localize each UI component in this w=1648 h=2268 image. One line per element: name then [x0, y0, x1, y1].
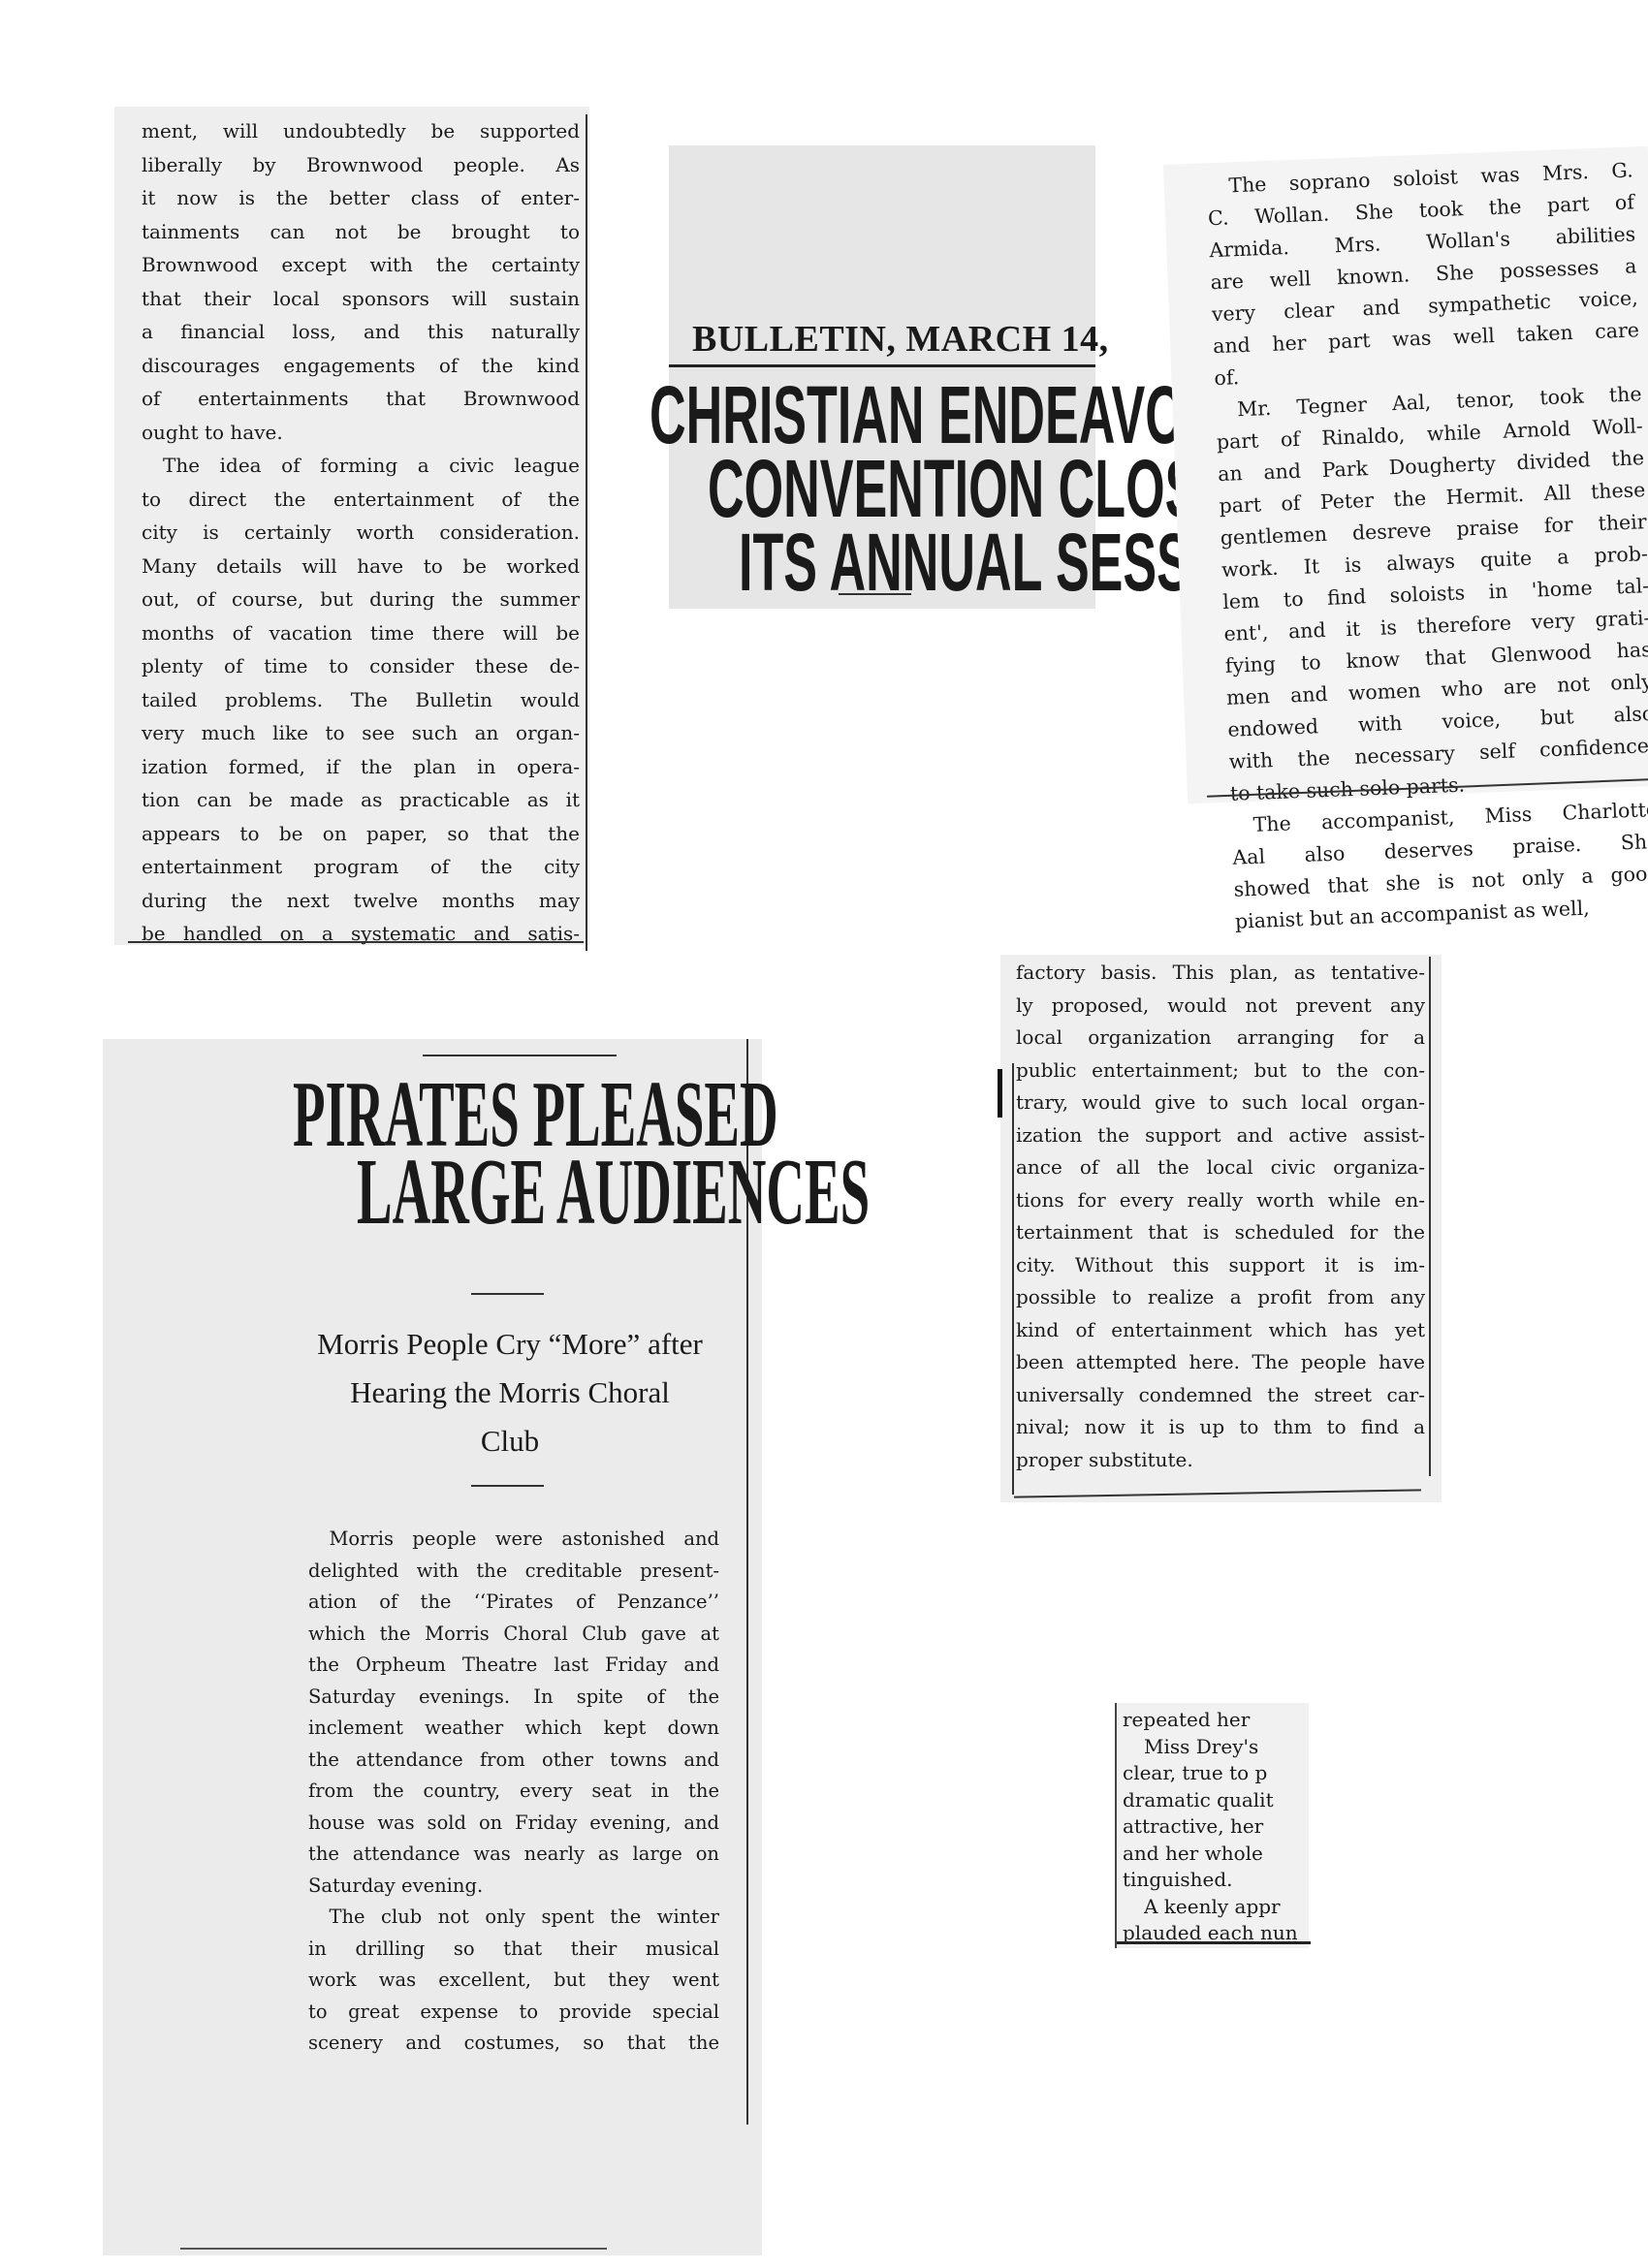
text-line: ance of all the local civic organiza- [1016, 1151, 1425, 1184]
text-line: plenty of time to consider these de- [142, 649, 580, 683]
text-line: trary, would give to such local organ- [1016, 1087, 1425, 1119]
text-line: scenery and costumes, so that the [308, 2028, 719, 2060]
text-line: ization the support and active assist- [1016, 1119, 1425, 1152]
text-line: to great expense to provide special [308, 1997, 719, 2029]
clipping-brownwood-editorial: ment, will undoubtedly be supportedliber… [114, 107, 589, 945]
text-line: be handled on a systematic and satis- [142, 917, 580, 951]
text-line: out, of course, but during the summer [142, 583, 580, 616]
text-line: appears to be on paper, so that the [142, 817, 580, 851]
text-line: and her whole [1123, 1841, 1307, 1868]
text-line: house was sold on Friday evening, and [308, 1808, 719, 1840]
text-line: the attendance from other towns and [308, 1745, 719, 1777]
text-line: in drilling so that their musical [308, 1934, 719, 1966]
text-line: liberally by Brownwood people. As [142, 148, 580, 182]
text-line: Miss Drey's [1123, 1734, 1307, 1761]
text-line: ization formed, if the plan in opera- [142, 750, 580, 784]
text-line: dramatic qualit [1123, 1787, 1307, 1814]
text-line: very much like to see such an organ- [142, 716, 580, 750]
text-line: that their local sponsors will sustain [142, 282, 580, 316]
clipping-bulletin-header: BULLETIN, MARCH 14, CHRISTIAN ENDEAVOR C… [669, 145, 1095, 609]
text-line: the attendance was nearly as large on [308, 1839, 719, 1871]
clipping-drey-fragment: repeated herMiss Drey'sclear, true to pd… [1115, 1703, 1309, 1948]
text-line: factory basis. This plan, as tentative- [1016, 957, 1425, 990]
clipping-bottom-rule [128, 941, 584, 943]
headline-line-1: CHRISTIAN ENDEAVOR [650, 378, 1070, 452]
text-line: city is certainly worth consideration. [142, 516, 580, 550]
subhead-line-2: Hearing the Morris Choral [277, 1369, 743, 1417]
text-line: universally condemned the street car- [1016, 1379, 1425, 1412]
dateline-rule [669, 364, 1095, 367]
text-line: city. Without this support it is im- [1016, 1249, 1425, 1282]
left-column-rule [1012, 1063, 1014, 1495]
text-line: work was excellent, but they went [308, 1965, 719, 1997]
pirates-subhead: Morris People Cry “More” after Hearing t… [277, 1320, 743, 1465]
text-line: tertainment that is scheduled for the [1016, 1216, 1425, 1249]
text-line: tinguished. [1123, 1867, 1307, 1894]
clipping-bottom-rule [180, 2248, 607, 2250]
text-line: tailed problems. The Bulletin would [142, 683, 580, 717]
text-line: the Orpheum Theatre last Friday and [308, 1650, 719, 1682]
text-line: The idea of forming a civic league [142, 449, 580, 483]
text-line: Morris people were astonished and [308, 1524, 719, 1556]
text-line: A keenly appr [1123, 1894, 1307, 1921]
text-line: Brownwood except with the certainty [142, 248, 580, 282]
text-line: to direct the entertainment of the [142, 483, 580, 517]
text-line: which the Morris Choral Club gave at [308, 1619, 719, 1651]
text-line: entertainment program of the city [142, 850, 580, 884]
text-line: been attempted here. The people have [1016, 1346, 1425, 1379]
clipping-brownwood-continued: factory basis. This plan, as tentative-l… [1000, 955, 1442, 1502]
text-line: repeated her [1123, 1707, 1307, 1734]
editorial-column: ment, will undoubtedly be supportedliber… [142, 114, 587, 951]
fragment-column: repeated herMiss Drey'sclear, true to pd… [1123, 1707, 1307, 1947]
text-line: during the next twelve months may [142, 884, 580, 918]
pirates-body-column: Morris people were astonished anddelight… [308, 1524, 719, 2060]
pirates-headline-2: LARGE AUDIENCES [357, 1148, 870, 1237]
text-line: Saturday evenings. In spite of the [308, 1682, 719, 1714]
text-line: The club not only spent the winter [308, 1902, 719, 1934]
left-thick-mark [998, 1069, 1002, 1118]
text-line: of entertainments that Brownwood [142, 382, 580, 416]
text-line: public entertainment; but to the con- [1016, 1055, 1425, 1087]
text-line: local organization arranging for a [1016, 1022, 1425, 1055]
clipping-pirates-article: PIRATES PLEASED LARGE AUDIENCES Morris P… [103, 1039, 762, 2255]
text-line: discourages engagements of the kind [142, 349, 580, 383]
headline-line-3: ITS ANNUAL SESSION [739, 525, 1104, 599]
text-line: ment, will undoubtedly be supported [142, 114, 580, 148]
text-line: tion can be made as practicable as it [142, 783, 580, 817]
text-line: possible to realize a profit from any [1016, 1281, 1425, 1314]
text-line: tions for every really worth while en- [1016, 1184, 1425, 1217]
top-rule [423, 1055, 617, 1056]
text-line: attractive, her [1123, 1813, 1307, 1841]
text-line: nival; now it is up to thm to find a [1016, 1411, 1425, 1444]
text-line: from the country, every seat in the [308, 1776, 719, 1808]
text-line: a financial loss, and this naturally [142, 315, 580, 349]
text-line: delighted with the creditable present- [308, 1556, 719, 1588]
text-line: ought to have. [142, 416, 580, 450]
subhead-line-3: Club [277, 1417, 743, 1465]
text-line: proper substitute. [1016, 1444, 1425, 1477]
subhead-line-1: Morris People Cry “More” after [277, 1320, 743, 1369]
text-line: Many details will have to be worked [142, 550, 580, 583]
text-line: Saturday evening. [308, 1871, 719, 1903]
subhead-divider [471, 1485, 544, 1487]
text-line: ation of the ‘‘Pirates of Penzance’’ [308, 1587, 719, 1619]
review-column: The soprano soloist was Mrs. G.C. Wollan… [1206, 154, 1648, 937]
clipping-bottom-rule [1117, 1941, 1311, 1944]
clipping-soprano-review: The soprano soloist was Mrs. G.C. Wollan… [1163, 146, 1648, 804]
headline-line-2: CONVENTION CLOSES [708, 452, 1093, 525]
text-line: months of vacation time there will be [142, 616, 580, 650]
text-line: ly proposed, would not prevent any [1016, 990, 1425, 1023]
text-line: kind of entertainment which has yet [1016, 1314, 1425, 1347]
text-line: clear, true to p [1123, 1760, 1307, 1787]
text-line: inclement weather which kept down [308, 1713, 719, 1745]
text-line: it now is the better class of enter- [142, 181, 580, 215]
text-line: tainments can not be brought to [142, 215, 580, 249]
closing-rule [839, 593, 911, 595]
continued-column: factory basis. This plan, as tentative-l… [1016, 957, 1431, 1476]
headline-divider [471, 1293, 544, 1295]
bulletin-dateline: BULLETIN, MARCH 14, [692, 318, 1109, 361]
clipping-bottom-rule [1014, 1489, 1421, 1497]
